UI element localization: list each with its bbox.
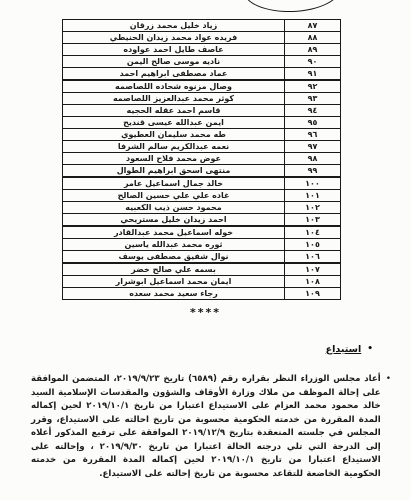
serial-number-cell: ٨٧ [285,20,341,32]
employee-name-cell: عماد مصطفى ابراهيم احمد [63,68,285,81]
employee-name-cell: قاسم احمد عقله الحجيه [63,105,285,117]
table-row: ١٠٩رجاء سعيد محمد سعده [63,288,341,300]
bullet-icon: • [367,345,373,354]
serial-number-cell: ١٠٦ [285,251,341,264]
employee-name-cell: رجاء سعيد محمد سعده [63,288,285,300]
employee-name-cell: ثوره محمد عبدالله ياسين [63,239,285,251]
serial-number-cell: ٩٨ [285,153,341,165]
serial-number-cell: ١٠٩ [285,288,341,300]
table-row: ١٠٣احمد زيدان خليل مستريحي [63,214,341,227]
table-row: ٩٦طه محمد سليمان العطيوي [63,129,341,141]
serial-number-cell: ٨٨ [285,32,341,44]
employee-name-cell: محمود حسن ذيب الكعبيه [63,202,285,214]
table-row: ١٠٢محمود حسن ذيب الكعبيه [63,202,341,214]
employee-name-cell: ايمان محمد اسماعيل ابوشرار [63,276,285,288]
table-row: ٩٤قاسم احمد عقله الحجيه [63,105,341,117]
section-title: استيداع [326,344,362,355]
table-row: ١٠٥ثوره محمد عبدالله ياسين [63,239,341,251]
serial-number-cell: ١٠٨ [285,276,341,288]
employee-name-cell: طه محمد سليمان العطيوي [63,129,285,141]
serial-number-cell: ٩٩ [285,165,341,178]
table-row: ٩٥ايمن عبدالله عيسى قنديح [63,117,341,129]
table-row: ١٠٨ايمان محمد اسماعيل ابوشرار [63,276,341,288]
serial-number-cell: ١٠١ [285,190,341,202]
stamp-oval-partial [242,0,342,14]
employee-name-cell: عوض محمد فلاح السعود [63,153,285,165]
table-row: ٨٩عاصف طايل احمد عواوده [63,44,341,56]
serial-number-cell: ٩٤ [285,105,341,117]
serial-number-cell: ١٠٤ [285,226,341,239]
table-row: ٩٣كوثر محمد عبدالعزيز اللصاصمه [63,93,341,105]
serial-number-cell: ١٠٢ [285,202,341,214]
employee-name-cell: فريده عواد محمد زيدان الحنيطي [63,32,285,44]
employee-name-cell: بسمه علي صالح خضر [63,263,285,276]
table-row: ٩٨عوض محمد فلاح السعود [63,153,341,165]
table-row: ١٠١غاده علي علي حسين الصالح [63,190,341,202]
table-row: ٩١عماد مصطفى ابراهيم احمد [63,68,341,81]
serial-number-cell: ٩٣ [285,93,341,105]
employee-name-cell: احمد زيدان خليل مستريحي [63,214,285,227]
section-separator-stars: **** [0,306,411,319]
employee-name-cell: منتهى اسحق ابراهيم الطوال [63,165,285,178]
bullet-icon: • [386,375,391,384]
serial-number-cell: ٩٦ [285,129,341,141]
serial-number-cell: ٩١ [285,68,341,81]
employee-name-cell: ناديه موسى صالح اليمن [63,56,285,68]
serial-number-cell: ١٠٥ [285,239,341,251]
table-row: ١٠٧بسمه علي صالح خضر [63,263,341,276]
table-row: ٩٢وصال مزنوه شحاده اللصاصمه [63,80,341,93]
employee-name-cell: خوله اسماعيل محمد عبدالقادر [63,226,285,239]
table-row: ٨٨فريده عواد محمد زيدان الحنيطي [63,32,341,44]
table-row: ١٠٠خالد جمال اسماعيل عامر [63,177,341,190]
employee-name-cell: خالد جمال اسماعيل عامر [63,177,285,190]
employee-name-cell: وصال مزنوه شحاده اللصاصمه [63,80,285,93]
serial-number-cell: ١٠٧ [285,263,341,276]
serial-number-cell: ١٠٣ [285,214,341,227]
table-row: ٨٧زياد خليل محمد زرقان [63,20,341,32]
table-row: ٩٧نعمه عبدالكريم سالم الشرفا [63,141,341,153]
employee-roster-table: ٨٧زياد خليل محمد زرقان٨٨فريده عواد محمد … [62,19,341,300]
serial-number-cell: ٩٥ [285,117,341,129]
table-row: ٩٩منتهى اسحق ابراهيم الطوال [63,165,341,178]
serial-number-cell: ٩٢ [285,80,341,93]
scanned-document-page: ٨٧زياد خليل محمد زرقان٨٨فريده عواد محمد … [0,0,411,500]
employee-name-cell: نعمه عبدالكريم سالم الشرفا [63,141,285,153]
serial-number-cell: ٩٧ [285,141,341,153]
roster-table-body: ٨٧زياد خليل محمد زرقان٨٨فريده عواد محمد … [63,20,341,300]
serial-number-cell: ٨٩ [285,44,341,56]
section-heading: • استيداع [326,344,373,355]
employee-name-cell: ايمن عبدالله عيسى قنديح [63,117,285,129]
table-row: ١٠٦نوال شفيق مصطفى يوسف [63,251,341,264]
decision-paragraph-row: • أعاد مجلس الوزراء النظر بقراره رقم (٦٥… [31,373,391,481]
employee-name-cell: نوال شفيق مصطفى يوسف [63,251,285,264]
employee-name-cell: كوثر محمد عبدالعزيز اللصاصمه [63,93,285,105]
employee-name-cell: غاده علي علي حسين الصالح [63,190,285,202]
serial-number-cell: ١٠٠ [285,177,341,190]
employee-name-cell: زياد خليل محمد زرقان [63,20,285,32]
serial-number-cell: ٩٠ [285,56,341,68]
table-row: ١٠٤خوله اسماعيل محمد عبدالقادر [63,226,341,239]
table-row: ٩٠ناديه موسى صالح اليمن [63,56,341,68]
decision-paragraph: أعاد مجلس الوزراء النظر بقراره رقم (٦٥٨٩… [31,373,381,481]
employee-name-cell: عاصف طايل احمد عواوده [63,44,285,56]
